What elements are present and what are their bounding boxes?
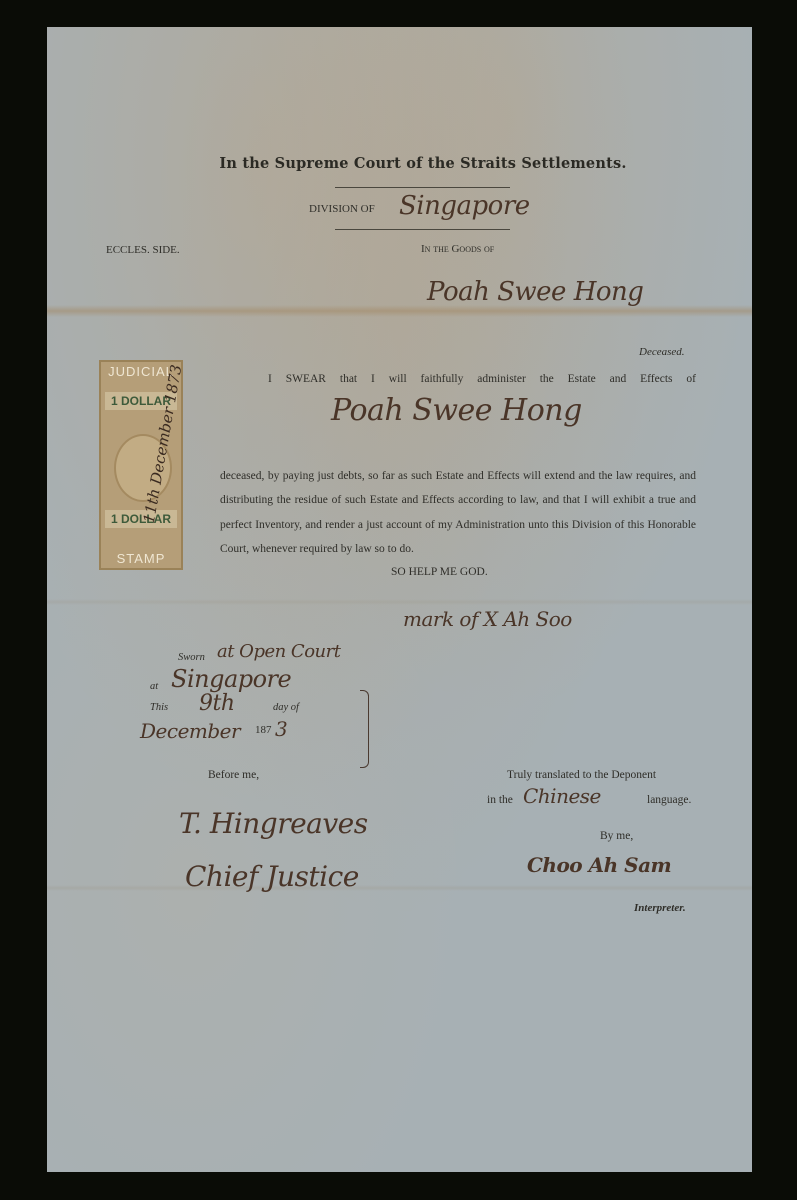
division-value: Singapore [399,191,530,221]
goods-value: Poah Swee Hong [427,277,643,307]
translation-line: Truly translated to the Deponent [507,769,656,781]
translation-language-label: language. [647,794,691,806]
by-me-label: By me, [600,830,633,842]
court-title: In the Supreme Court of the Straits Sett… [193,155,653,172]
oath-close: SO HELP ME GOD. [391,566,488,578]
judge-signature: T. Hingreaves [179,807,368,840]
at-value: Singapore [171,665,291,693]
judge-title: Chief Justice [185,860,359,893]
translation-language-value: Chinese [523,784,601,808]
deponent-mark: mark of X Ah Soo [403,607,572,631]
stamp-bottom-label: STAMP [101,551,181,566]
fold-crease-top [47,305,752,317]
goods-label: In the Goods of [421,243,494,255]
division-rule-top [335,187,510,188]
translation-in-the: in the [487,794,513,806]
sworn-value: at Open Court [217,641,340,662]
interpreter-label: Interpreter. [634,902,686,914]
document-paper: In the Supreme Court of the Straits Sett… [47,27,752,1172]
sworn-label: Sworn [178,652,205,663]
oath-body: deceased, by paying just debts, so far a… [220,464,696,561]
month-value: December [140,719,240,743]
sworn-bracket [360,690,369,768]
year-prefix: 187 [255,724,272,736]
oath-intro: I SWEAR that I will faithfully administe… [220,373,696,385]
deceased-label: Deceased. [639,346,685,358]
oath-name: Poah Swee Hong [331,393,582,428]
division-rule-bottom [335,229,510,230]
this-label: This [150,702,168,713]
fold-crease-lower [47,885,752,891]
at-label: at [150,681,158,692]
interpreter-signature: Choo Ah Sam [527,853,671,877]
fold-crease-middle [47,599,752,605]
year-suffix: 3 [275,717,287,741]
day-of-label: day of [273,702,299,713]
division-label: DIVISION OF [309,203,375,215]
side-label: ECCLES. SIDE. [106,244,180,256]
judicial-stamp: JUDICIAL 1 DOLLAR 1 DOLLAR STAMP 11th De… [99,360,183,570]
before-me-label: Before me, [208,769,259,781]
day-value: 9th [199,691,235,716]
